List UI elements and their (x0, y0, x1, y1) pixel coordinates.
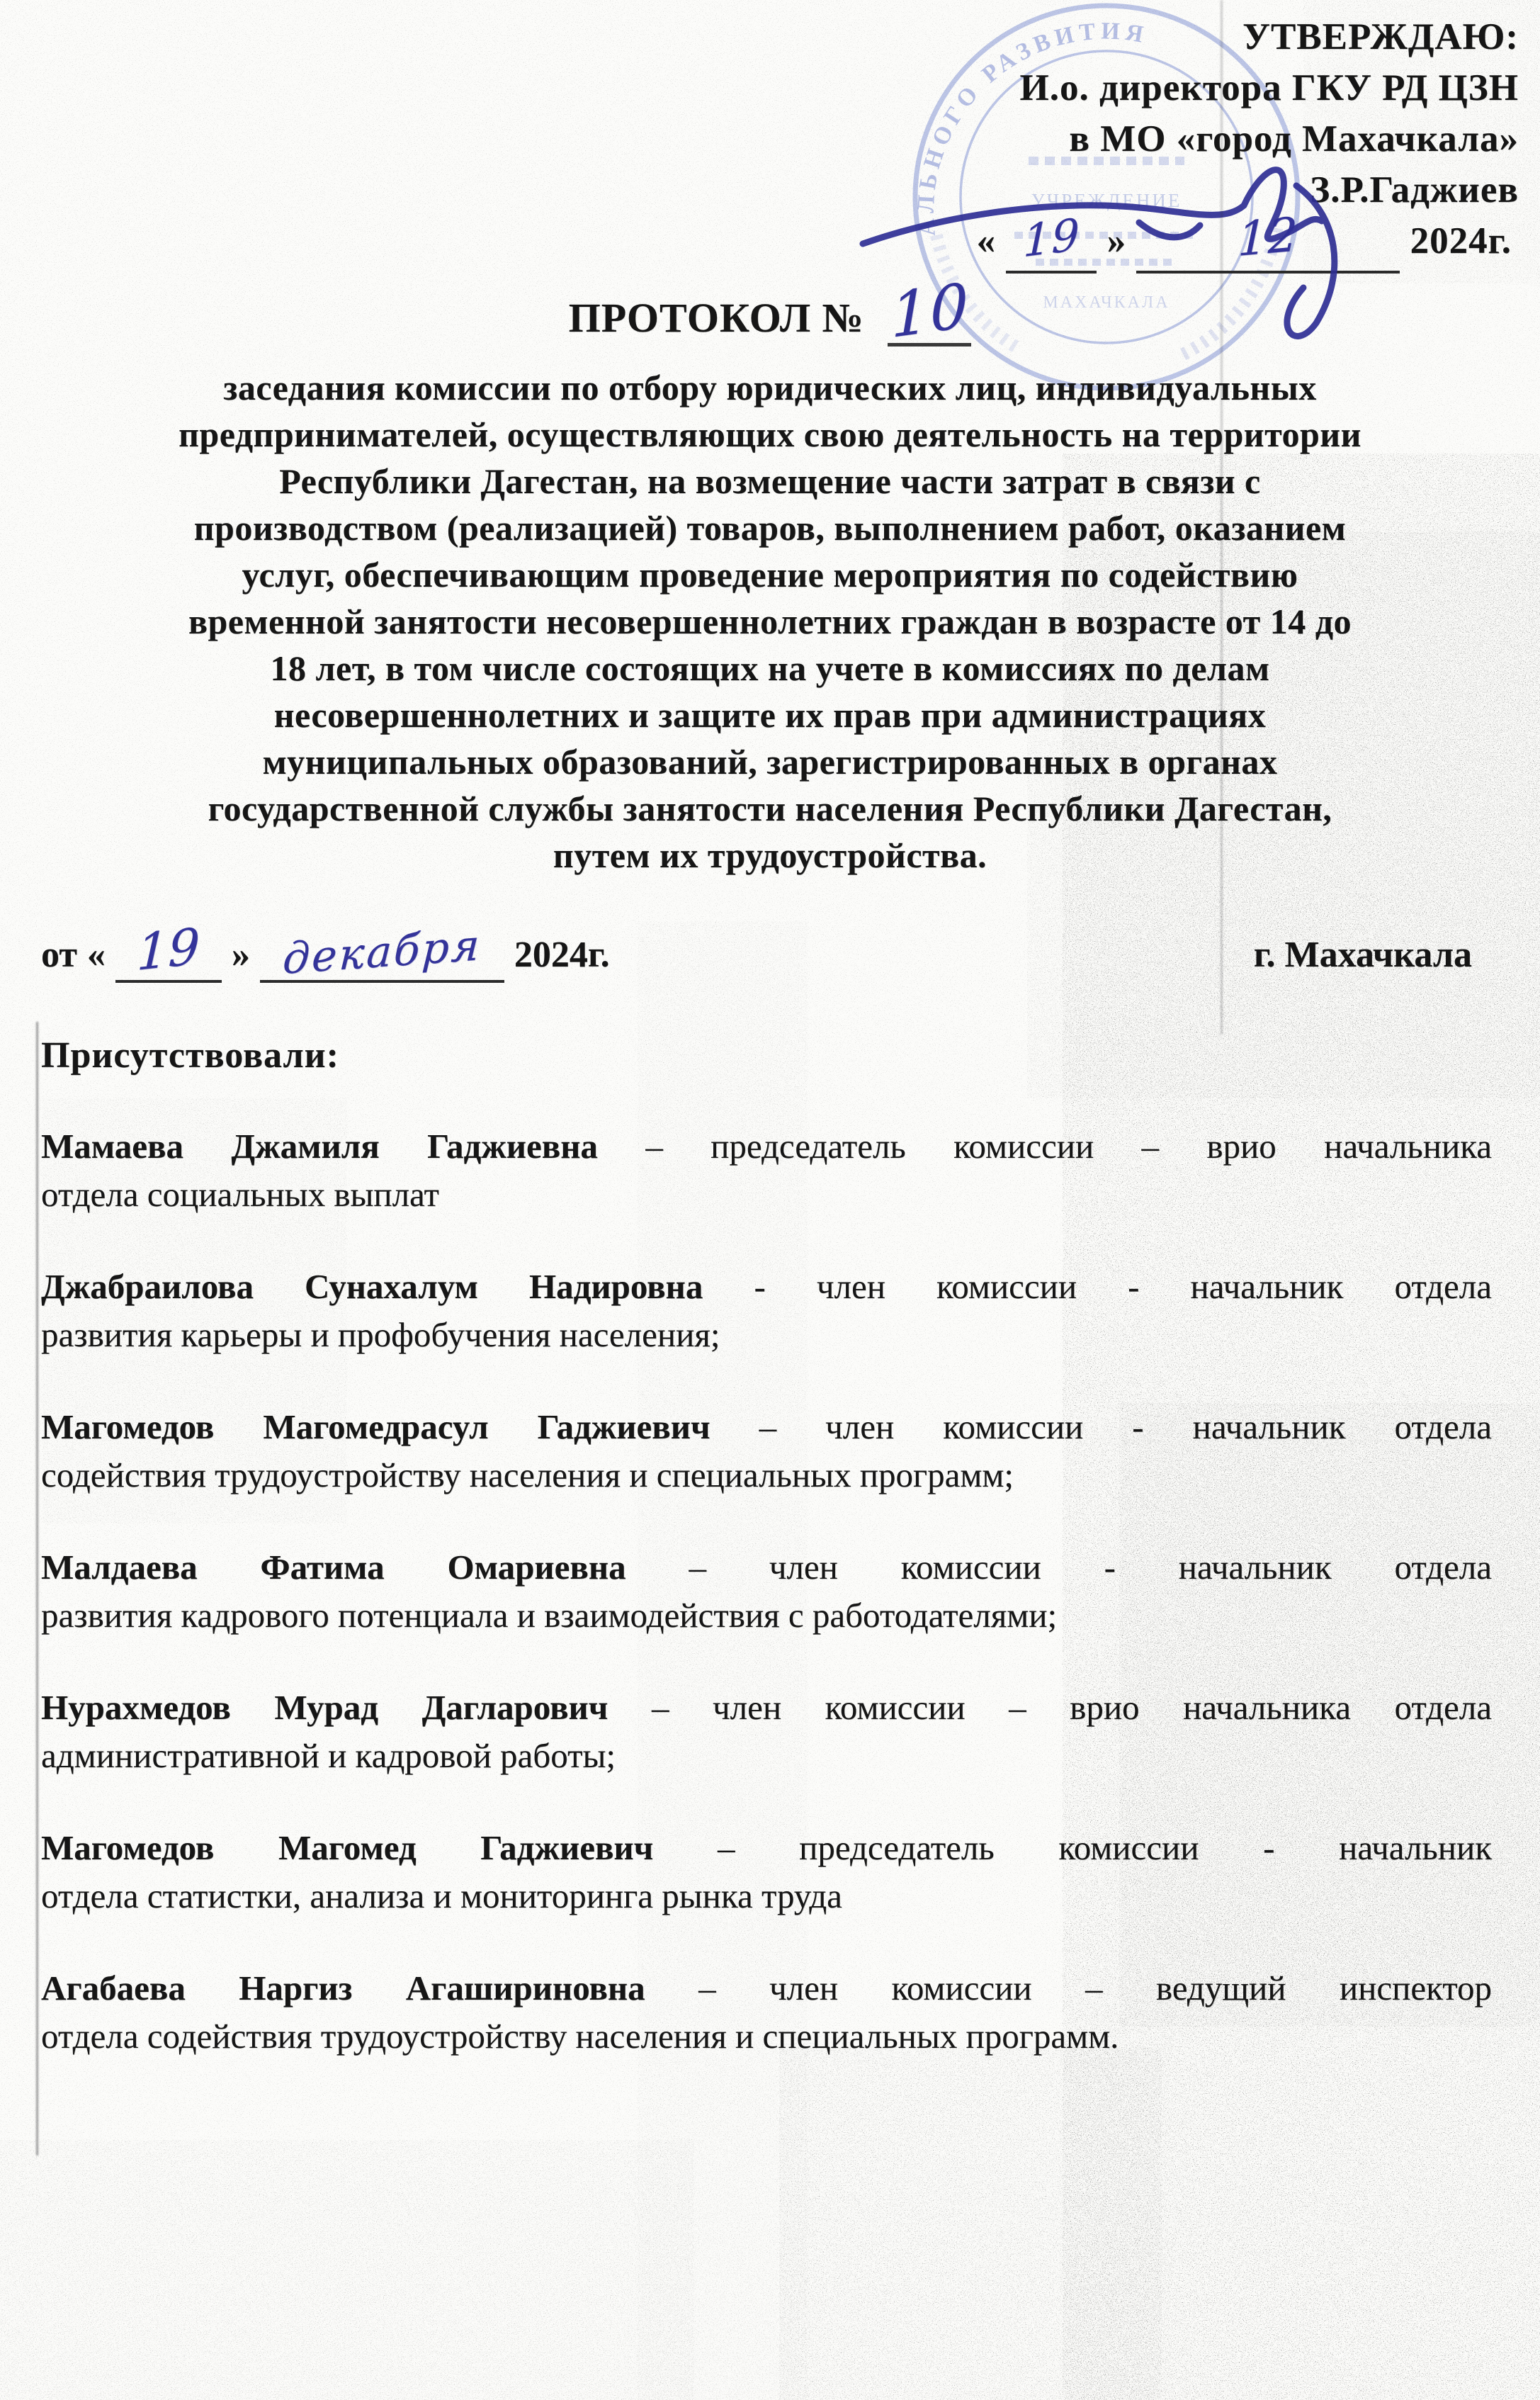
title-line: государственной службы занятости населен… (62, 785, 1478, 832)
present-label: Присутствовали: (41, 1035, 339, 1076)
attendee-role-line2: административной и кадровой работы; (41, 1732, 1492, 1780)
attendee-role: – председатель комиссии - начальник (718, 1828, 1492, 1867)
quote-open: « (87, 934, 106, 976)
approval-municipality-line: в МО «город Махачкала» (768, 113, 1519, 164)
protocol-headline: ПРОТОКОЛ № 10 (0, 293, 1540, 347)
title-line: временной занятости несовершеннолетних г… (62, 598, 1478, 645)
title-line: путем их трудоустройства. (62, 832, 1478, 879)
title-line: заседания комиссии по отбору юридических… (62, 364, 1478, 411)
protocol-number-underline: 10 (888, 293, 971, 347)
attendee-role-line2: отдела статистки, анализа и мониторинга … (41, 1872, 1492, 1920)
attendee-role: – член комиссии – ведущий инспектор (698, 1968, 1492, 2007)
meeting-date: от « 19 » декабря 2024г. (41, 934, 610, 983)
attendee-role: – член комиссии – врио начальника отдела (652, 1688, 1492, 1727)
title-line: Республики Дагестан, на возмещение части… (62, 458, 1478, 505)
handwritten-approval-month: 12 (1238, 220, 1298, 254)
approval-approve-label: УТВЕРЖДАЮ: (768, 11, 1519, 62)
attendee-role-line2: развития карьеры и профобучения населени… (41, 1311, 1492, 1359)
attendee-entry: Джабраилова Сунахалум Надировна - член к… (41, 1263, 1492, 1359)
attendee-role-line2: отдела содействия трудоустройству населе… (41, 2012, 1492, 2061)
attendee-name: Агабаева Наргиз Агашириновна (41, 1968, 645, 2007)
approval-month-underline: 12 (1136, 215, 1400, 274)
attendee-entry: Нурахмедов Мурад Дагларович – член комис… (41, 1684, 1492, 1780)
meeting-month-underline: декабря (260, 934, 504, 983)
attendee-role-line2: развития кадрового потенциала и взаимоде… (41, 1591, 1492, 1640)
title-line: предпринимателей, осуществляющих свою де… (62, 411, 1478, 458)
handwritten-protocol-number: 10 (890, 288, 969, 335)
title-line: муниципальных образований, зарегистриров… (62, 738, 1478, 785)
attendee-entry: Малдаева Фатима Омариевна – член комисси… (41, 1543, 1492, 1640)
attendee-entry: Агабаева Наргиз Агашириновна – член коми… (41, 1964, 1492, 2061)
protocol-label: ПРОТОКОЛ № (569, 295, 864, 341)
attendees-list: Мамаева Джамиля Гаджиевна – председатель… (41, 1122, 1492, 2105)
attendee-name: Нурахмедов Мурад Дагларович (41, 1688, 608, 1727)
quote-close: » (232, 934, 250, 976)
scan-fold-line (1221, 0, 1223, 1035)
attendee-name: Малдаева Фатима Омариевна (41, 1548, 626, 1587)
attendee-name: Мамаева Джамиля Гаджиевна (41, 1127, 598, 1166)
attendee-entry: Магомедов Магомед Гаджиевич – председате… (41, 1824, 1492, 1920)
approval-position-line: И.о. директора ГКУ РД ЦЗН (768, 62, 1519, 113)
attendee-role-line2: отдела социальных выплат (41, 1171, 1492, 1219)
attendee-role: – председатель комиссии – врио начальник… (645, 1127, 1492, 1166)
attendee-name: Магомедов Магомед Гаджиевич (41, 1828, 653, 1867)
approval-signer-name: З.Р.Гаджиев (1310, 169, 1519, 210)
date-prefix: от (41, 934, 77, 976)
meeting-year: 2024г. (514, 934, 610, 976)
handwritten-meeting-day: 19 (137, 931, 200, 968)
attendee-name: Джабраилова Сунахалум Надировна (41, 1267, 703, 1306)
attendee-role-line2: содействия трудоустройству населения и с… (41, 1451, 1492, 1499)
approval-block: УТВЕРЖДАЮ: И.о. директора ГКУ РД ЦЗН в М… (768, 11, 1519, 274)
meeting-city: г. Махачкала (1254, 934, 1472, 976)
scanned-document-page: { "colors":{"ink":"#161616","hand_ink":"… (0, 0, 1540, 2400)
attendee-entry: Магомедов Магомедрасул Гаджиевич – член … (41, 1403, 1492, 1499)
meeting-day-underline: 19 (115, 934, 222, 983)
meeting-date-row: от « 19 » декабря 2024г. г. Махачкала (41, 934, 1472, 983)
attendee-entry: Мамаева Джамиля Гаджиевна – председатель… (41, 1122, 1492, 1219)
approval-signer-line: З.Р.Гаджиев (768, 164, 1519, 215)
handwritten-approval-day: 19 (1023, 221, 1080, 254)
approval-day-underline: 19 (1006, 215, 1097, 274)
handwritten-meeting-month: декабря (282, 933, 482, 972)
attendee-name: Магомедов Магомедрасул Гаджиевич (41, 1407, 710, 1446)
title-line: производством (реализацией) товаров, вып… (62, 505, 1478, 551)
title-line: услуг, обеспечивающим проведение меропри… (62, 551, 1478, 598)
scan-fold-line (36, 1022, 38, 2156)
title-line: 18 лет, в том числе состоящих на учете в… (62, 645, 1478, 692)
attendee-role: – член комиссии - начальник отдела (689, 1548, 1492, 1587)
attendee-role: – член комиссии - начальник отдела (759, 1407, 1492, 1446)
document-title: заседания комиссии по отбору юридических… (62, 364, 1478, 879)
quote-open: « (977, 220, 997, 261)
quote-close: » (1107, 220, 1127, 261)
approval-date-line: « 19 » 12 2024г. (768, 215, 1519, 274)
attendee-role: - член комиссии - начальник отдела (754, 1267, 1492, 1306)
title-line: несовершеннолетних и защите их прав при … (62, 692, 1478, 738)
approval-year: 2024г. (1410, 220, 1512, 261)
